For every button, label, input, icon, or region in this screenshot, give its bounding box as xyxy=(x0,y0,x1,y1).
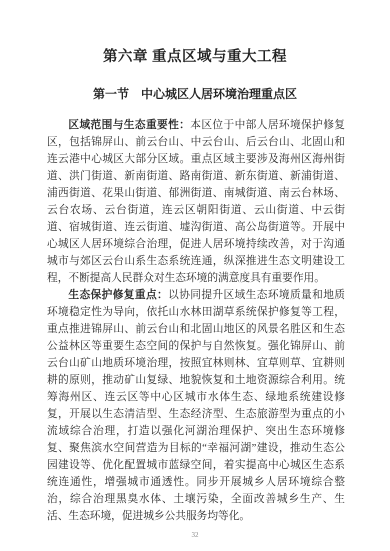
body-content: 区域范围与生态重要性：本区位于中部人居环境保护修复区，包括锦屏山、前云台山、中云… xyxy=(47,117,345,525)
paragraph-lead: 区域范围与生态重要性： xyxy=(68,119,190,131)
paragraph-text: 本区位于中部人居环境保护修复区，包括锦屏山、前云台山、中云台山、后云台山、北固山… xyxy=(47,119,345,284)
paragraph-restoration-focus: 生态保护修复重点：以协同提升区域生态环境质量和地质环境稳定性为导向，依托山水林田… xyxy=(47,287,345,525)
paragraph-lead: 生态保护修复重点： xyxy=(68,289,168,301)
paragraph-region-scope: 区域范围与生态重要性：本区位于中部人居环境保护修复区，包括锦屏山、前云台山、中云… xyxy=(47,117,345,287)
paragraph-text: 以协同提升区域生态环境质量和地质环境稳定性为导向，依托山水林田湖草系统保护修复等… xyxy=(47,289,345,522)
chapter-title: 第六章 重点区域与重大工程 xyxy=(0,0,390,66)
page-number: 32 xyxy=(0,531,390,539)
document-page: 第六章 重点区域与重大工程 第一节 中心城区人居环境治理重点区 区域范围与生态重… xyxy=(0,0,390,551)
section-title: 第一节 中心城区人居环境治理重点区 xyxy=(0,85,390,102)
